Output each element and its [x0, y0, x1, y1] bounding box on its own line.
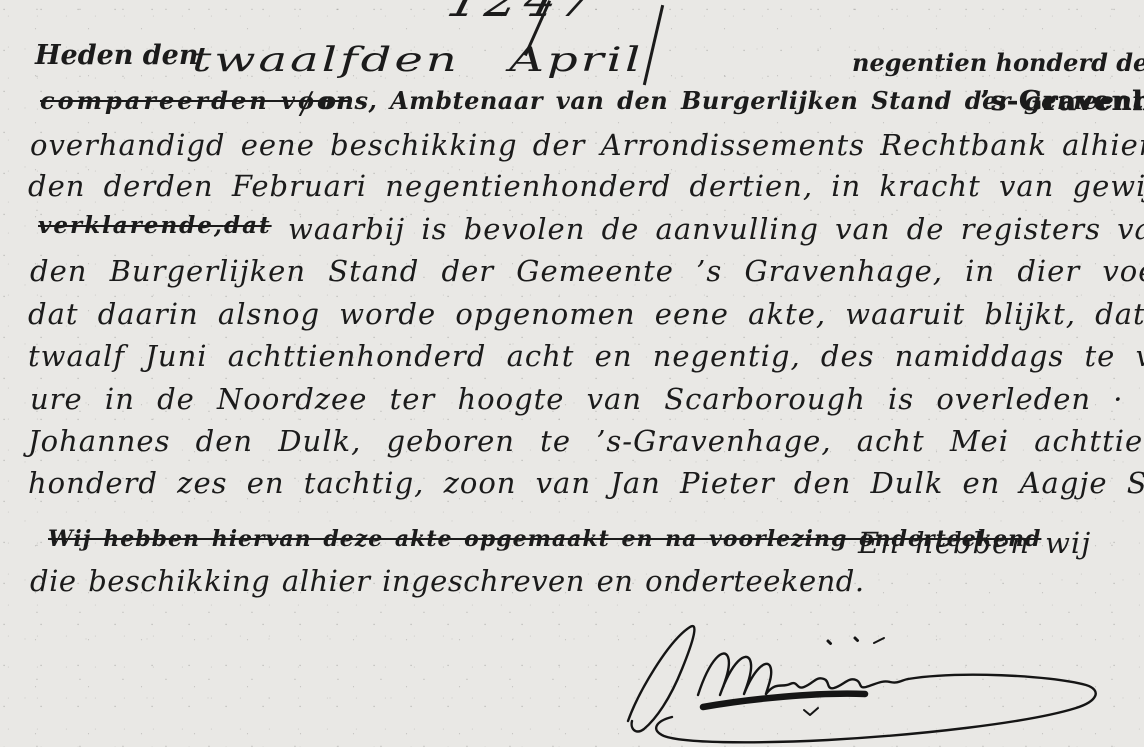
handwritten-text: den derden Februari negentienhonderd der… — [28, 169, 1144, 203]
line-plaats-overlijden: ure in de Noordzee ter hoogte van Scarbo… — [0, 382, 1144, 426]
handwritten-text: dat daarin alsnog worde opgenomen eene a… — [28, 297, 1144, 331]
printed-heden-den: Heden den — [35, 40, 198, 71]
gemeente-name-blackletter: ’s-Gravenhage — [980, 86, 1144, 117]
line-bevolen: verklarende, dat waarbij is bevolen de a… — [0, 212, 1144, 256]
insertion-slash: / — [301, 86, 312, 121]
act-number: 1247 — [442, 0, 610, 28]
struck-dat: dat — [224, 212, 272, 239]
handwritten-text: ure in de Noordzee ter hoogte van Scarbo… — [30, 382, 1124, 416]
signature-initial-j — [628, 626, 694, 731]
handwritten-text: Johannes den Dulk, geboren te ’s-Gravenh… — [28, 424, 1144, 458]
handwritten-text: die beschikking alhier ingeschreven en o… — [30, 564, 865, 598]
line-ingeschreven: die beschikking alhier ingeschreven en o… — [0, 564, 1144, 608]
line-date: Heden den twaalfden April negentien hond… — [0, 40, 1144, 84]
signature-thick-bar — [703, 694, 865, 707]
line-beschikking: overhandigd eene beschikking der Arrondi… — [0, 128, 1144, 172]
signature-accent — [874, 638, 884, 643]
line-overlijdensdatum: twaalf Juni achttienhonderd acht en nege… — [0, 339, 1144, 383]
handwritten-date: twaalfden April — [192, 40, 643, 80]
line-registrar: compareerden voor / ons, Ambtenaar van d… — [0, 86, 1144, 130]
handwritten-text: den Burgerlijken Stand der Gemeente ’s G… — [30, 254, 1144, 288]
signature-flourish-loop — [656, 675, 1096, 743]
signature-m-humps — [698, 653, 771, 695]
line-ouders: honderd zes en tachtig, zoon van Jan Pie… — [0, 466, 1144, 510]
printed-year: negentien honderd dertien — [852, 48, 1144, 77]
line-overledene: Johannes den Dulk, geboren te ’s-Gravenh… — [0, 424, 1144, 468]
handwritten-text: overhandigd eene beschikking der Arrondi… — [30, 128, 1144, 162]
scanned-act-page: 1247 Heden den twaalfden April negentien… — [0, 0, 1144, 747]
line-rechtbank-datum: den derden Februari negentienhonderd der… — [0, 169, 1144, 213]
handwritten-text: waarbij is bevolen de aanvulling van de … — [288, 212, 1144, 246]
signature-check-mark — [804, 708, 818, 715]
official-signature — [598, 603, 1118, 747]
signature-dot-2 — [855, 638, 858, 641]
handwritten-text: honderd zes en tachtig, zoon van Jan Pie… — [28, 466, 1144, 500]
handwritten-text: twaalf Juni achttienhonderd acht en nege… — [28, 339, 1144, 373]
signature-dot-1 — [828, 641, 831, 644]
handwritten-text: En hebben wij — [858, 526, 1091, 560]
line-akte-opnemen: dat daarin alsnog worde opgenomen eene a… — [0, 297, 1144, 341]
line-gemeente: den Burgerlijken Stand der Gemeente ’s G… — [0, 254, 1144, 298]
struck-verklarende: verklarende, — [38, 212, 224, 239]
